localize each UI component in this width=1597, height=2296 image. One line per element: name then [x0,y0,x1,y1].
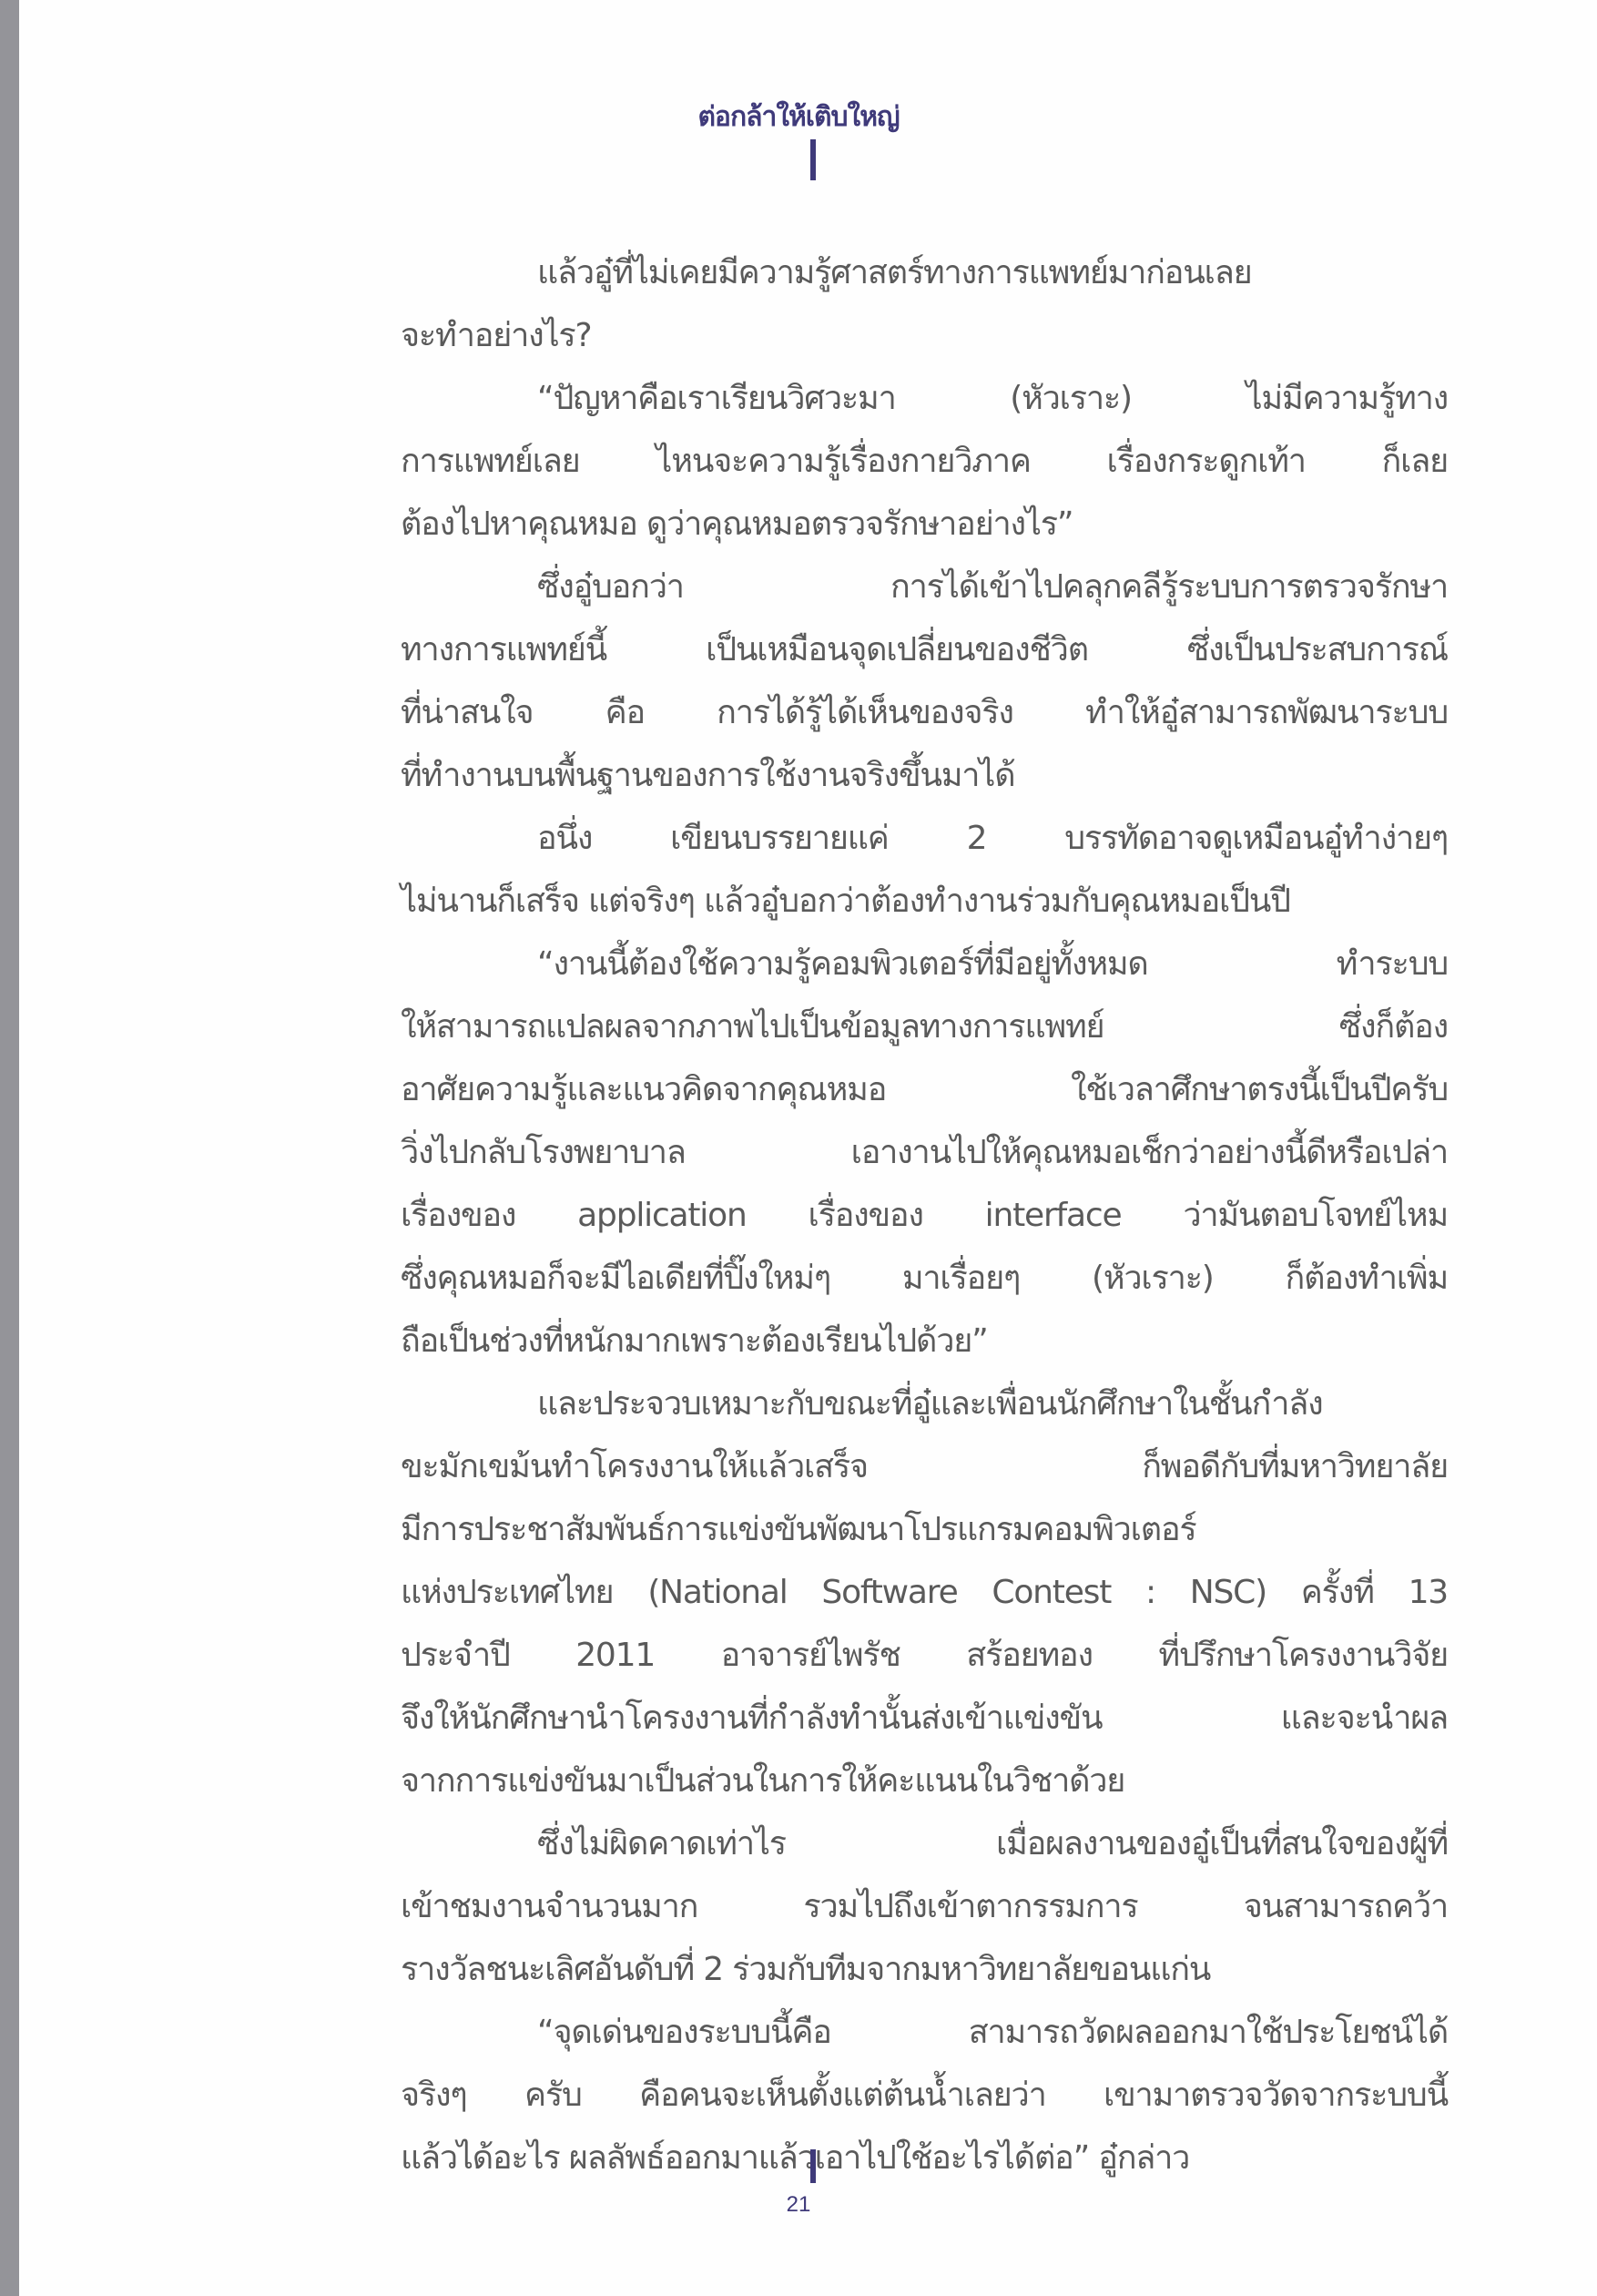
page-number: 21 [0,2190,1597,2219]
body-line: จริงๆ ครับ คือคนจะเห็นตั้งแต่ต้นน้ำเลยว่… [401,2068,1448,2123]
body-line: “ปัญหาคือเราเรียนวิศวะมา (หัวเราะ) ไม่มี… [537,372,1448,426]
body-line: ไม่นานก็เสร็จ แต่จริงๆ แล้วอู๋บอกว่าต้อง… [401,874,1448,929]
body-line: ซึ่งไม่ผิดคาดเท่าไร เมื่อผลงานของอู๋เป็น… [537,1817,1448,1872]
body-line: แล้วได้อะไร ผลลัพธ์ออกมาแล้วเอาไปใช้อะไร… [401,2131,1448,2186]
body-line: ที่ทำงานบนพื้นฐานของการใช้งานจริงขึ้นมาไ… [401,749,1448,803]
body-line: ประจำปี 2011 อาจารย์ไพรัช สร้อยทอง ที่ปร… [401,1628,1448,1683]
body-line: รางวัลชนะเลิศอันดับที่ 2 ร่วมกับทีมจากมห… [401,1943,1448,1997]
body-line: แห่งประเทศไทย (National Software Contest… [401,1566,1448,1620]
body-line: อนึ่ง เขียนบรรยายแค่ 2 บรรทัดอาจดูเหมือน… [537,811,1448,866]
body-line: ทางการแพทย์นี้ เป็นเหมือนจุดเปลี่ยนของชี… [401,623,1448,678]
body-line: ซึ่งคุณหมอก็จะมีไอเดียที่ปิ๊งใหม่ๆ มาเรื… [401,1251,1448,1306]
body-line: แล้วอู๋ที่ไม่เคยมีความรู้ศาสตร์ทางการแพท… [537,246,1448,301]
body-line: ให้สามารถแปลผลจากภาพไปเป็นข้อมูลทางการแพ… [401,1000,1448,1055]
body-line: ต้องไปหาคุณหมอ ดูว่าคุณหมอตรวจรักษาอย่าง… [401,497,1448,552]
footer-rule [810,2149,816,2183]
body-line: ถือเป็นช่วงที่หนักมากเพราะต้องเรียนไปด้ว… [401,1314,1448,1369]
body-line: “งานนี้ต้องใช้ความรู้คอมพิวเตอร์ที่มีอยู… [537,937,1448,992]
body-line: อาศัยความรู้และแนวคิดจากคุณหมอ ใช้เวลาศึ… [401,1063,1448,1117]
body-line: เรื่องของ application เรื่องของ interfac… [401,1189,1448,1243]
body-line: จะทำอย่างไร? [401,309,1448,363]
running-head: ต่อกล้าให้เติบใหญ่ [0,98,1597,137]
header-rule [810,139,816,180]
body-line: ที่น่าสนใจ คือ การได้รู้ได้เห็นของจริง ท… [401,686,1448,740]
page-edge-bar [0,0,19,2296]
body-line: ขะมักเขม้นทำโครงงานให้แล้วเสร็จ ก็พอดีกั… [401,1440,1448,1495]
body-line: มีการประชาสัมพันธ์การแข่งขันพัฒนาโปรแกรม… [401,1503,1448,1557]
body-line: วิ่งไปกลับโรงพยาบาล เอางานไปให้คุณหมอเช็… [401,1126,1448,1180]
body-line: จากการแข่งขันมาเป็นส่วนในการให้คะแนนในวิ… [401,1754,1448,1809]
body-line: ซึ่งอู๋บอกว่า การได้เข้าไปคลุกคลีรู้ระบบ… [537,560,1448,615]
body-line: เข้าชมงานจำนวนมาก รวมไปถึงเข้าตากรรมการ … [401,1880,1448,1934]
body-line: การแพทย์เลย ไหนจะความรู้เรื่องกายวิภาค เ… [401,434,1448,489]
body-line: “จุดเด่นของระบบนี้คือ สามารถวัดผลออกมาใช… [537,2005,1448,2060]
body-line: จึงให้นักศึกษานำโครงงานที่กำลังทำนั้นส่ง… [401,1691,1448,1746]
body-line: และประจวบเหมาะกับขณะที่อู๋และเพื่อนนักศึ… [537,1377,1448,1432]
